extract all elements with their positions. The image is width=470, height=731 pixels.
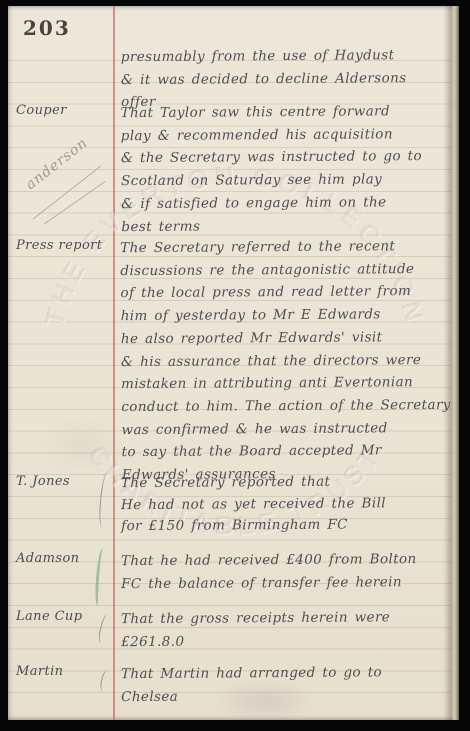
minute-line: & the Secretary was instructed to go to xyxy=(121,145,457,170)
entry-adamson: Adamson That he had received £400 from B… xyxy=(8,549,437,594)
margin-label: Adamson xyxy=(16,551,116,566)
minute-line: him of yesterday to Mr E Edwards xyxy=(121,303,457,328)
minute-line: was confirmed & he was instructed xyxy=(121,416,457,441)
minute-line: & if satisfied to engage him on the xyxy=(121,191,457,216)
page-edge-band xyxy=(444,6,459,720)
minute-line: The Secretary reported that xyxy=(121,471,457,495)
margin-label: Lane Cup xyxy=(16,609,116,624)
minute-line: That Taylor saw this centre forward xyxy=(121,100,457,125)
minute-line: The Secretary referred to the recent xyxy=(120,235,456,260)
margin-label: Martin xyxy=(16,664,116,679)
entry-t-jones: T. Jones The Secretary reported that He … xyxy=(8,472,437,537)
minute-line: FC the balance of transfer fee herein xyxy=(121,571,457,596)
minute-line: That he had received £400 from Bolton xyxy=(121,548,457,573)
margin-label: Press report xyxy=(16,238,116,253)
scan-frame: THE EVERTON COLLECTION THE EVERTON COLLE… xyxy=(0,0,470,731)
minute-line: to say that the Board accepted Mr xyxy=(122,439,458,464)
minute-line: for £150 from Birmingham FC xyxy=(121,514,457,538)
margin-label: Couper xyxy=(16,103,116,118)
minute-line: £261.8.0 xyxy=(121,629,457,654)
minute-line: & it was decided to decline Aldersons xyxy=(121,67,457,92)
minute-line: mistaken in attributing anti Evertonian xyxy=(121,371,457,396)
minute-line: & his assurance that the directors were xyxy=(121,348,457,373)
minute-line: of the local press and read letter from xyxy=(120,280,456,305)
ink-smudge xyxy=(215,678,315,724)
minute-line: conduct to him. The action of the Secret… xyxy=(121,394,457,419)
minute-line: That the gross receipts herein were xyxy=(121,606,457,631)
minute-line: discussions re the antagonistic attitude xyxy=(120,258,456,283)
minute-line: he also reported Mr Edwards' visit xyxy=(121,326,457,351)
minute-line: Scotland on Saturday see him play xyxy=(121,168,457,193)
minute-line: presumably from the use of Haydust xyxy=(121,44,457,69)
minute-line: He had not as yet received the Bill xyxy=(121,492,457,516)
paper-stain xyxy=(38,416,128,476)
minute-book-page: THE EVERTON COLLECTION THE EVERTON COLLE… xyxy=(8,6,459,720)
page-number: 203 xyxy=(23,16,71,40)
margin-label: T. Jones xyxy=(16,474,116,489)
minute-line: play & recommended his acquisition xyxy=(121,123,457,148)
entry-lane-cup: Lane Cup That the gross receipts herein … xyxy=(8,607,437,652)
entry-couper: Couper That Taylor saw this centre forwa… xyxy=(8,101,437,237)
